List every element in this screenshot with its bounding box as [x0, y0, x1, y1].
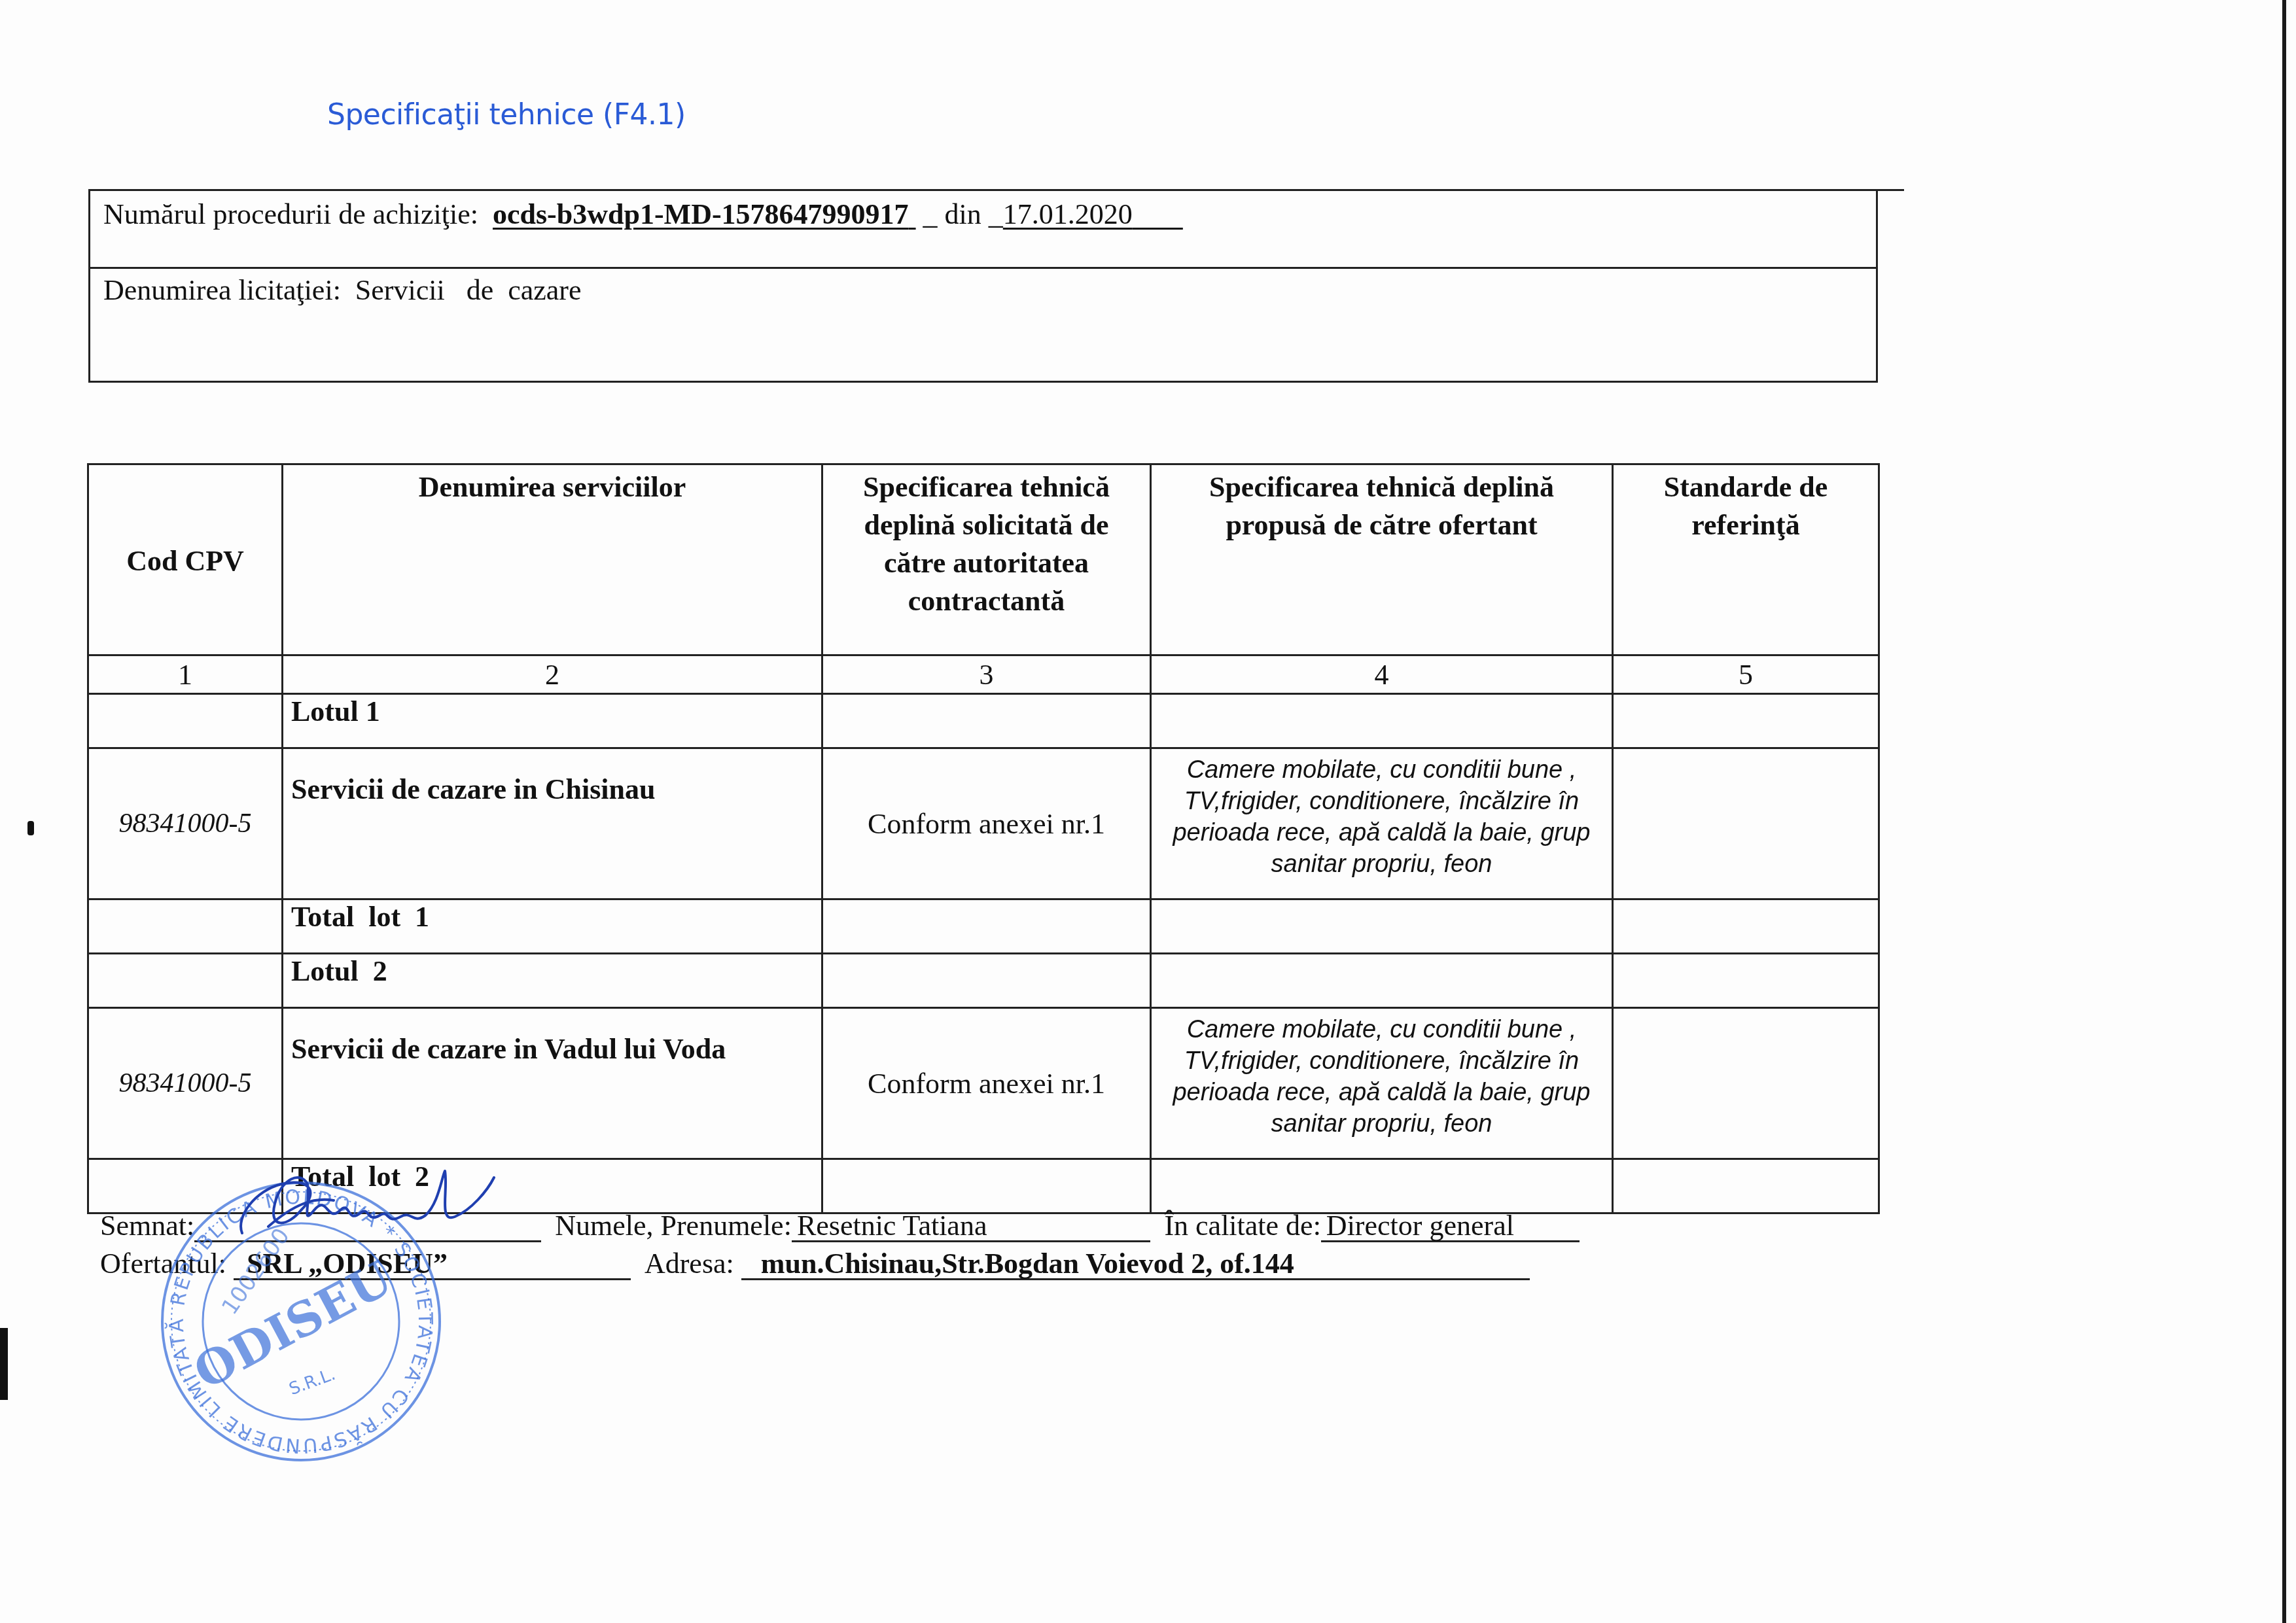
scan-speck [0, 1328, 8, 1400]
standards-cell [1613, 694, 1879, 748]
column-number: 2 [283, 655, 822, 694]
proposed-spec-cell [1151, 954, 1613, 1008]
proposed-spec-cell [1151, 899, 1613, 954]
standards-cell [1613, 1159, 1879, 1213]
proposed-spec-cell: Camere mobilate, cu conditii bune , TV,f… [1151, 1008, 1613, 1159]
svg-text:S.R.L.: S.R.L. [287, 1365, 338, 1399]
column-number: 1 [88, 655, 283, 694]
tender-label: Denumirea licitaţiei: [103, 274, 341, 306]
signature-icon [229, 1164, 504, 1249]
standards-cell [1613, 954, 1879, 1008]
procedure-number-label: Numărul procedurii de achiziţie: [103, 198, 478, 230]
required-spec-cell [822, 694, 1151, 748]
standards-cell [1613, 899, 1879, 954]
column-number: 3 [822, 655, 1151, 694]
box-divider [90, 267, 1876, 269]
table-row-total-lot-1: Total lot 1 [88, 899, 1879, 954]
standards-cell [1613, 1008, 1879, 1159]
tender-name-line: Denumirea licitaţiei: Servicii de cazare [103, 273, 582, 307]
document-title: Specificaţii tehnice (F4.1) [327, 98, 686, 131]
column-number: 4 [1151, 655, 1613, 694]
address-label: Adresa: [645, 1248, 734, 1280]
table-row-lot-1: Lotul 1 [88, 694, 1879, 748]
name-value: Resetnic Tatiana [792, 1212, 987, 1242]
header-spec-propusa: Specificarea tehnică deplină propusă de … [1151, 464, 1613, 655]
required-spec-cell [822, 1159, 1151, 1213]
header-denumirea-serviciilor: Denumirea serviciilor [283, 464, 822, 655]
procedure-number-line: Numărul procedurii de achiziţie: ocds-b3… [103, 198, 1183, 231]
capacity-label: În calitate de: [1164, 1210, 1320, 1242]
table-row-item: 98341000-5 Servicii de cazare in Chisina… [88, 748, 1879, 899]
service-name-cell: Lotul 2 [283, 954, 822, 1008]
required-spec-cell [822, 899, 1151, 954]
cpv-cell [88, 954, 283, 1008]
standards-cell [1613, 748, 1879, 899]
cpv-cell: 98341000-5 [88, 748, 283, 899]
proposed-spec-cell [1151, 694, 1613, 748]
column-number-row: 1 2 3 4 5 [88, 655, 1879, 694]
header-cod-cpv: Cod CPV [88, 464, 283, 655]
service-name-cell: Servicii de cazare in Chisinau [283, 748, 822, 899]
capacity-value: Director general [1321, 1212, 1514, 1242]
header-spec-solicitata: Specificarea tehnică deplină solicitată … [822, 464, 1151, 655]
proposed-spec-cell: Camere mobilate, cu conditii bune , TV,f… [1151, 748, 1613, 899]
scan-speck [27, 821, 34, 835]
address-value: mun.Chisinau,Str.Bogdan Voievod 2, of.14… [741, 1249, 1294, 1280]
procedure-number-value: ocds-b3wdp1-MD-1578647990917 [493, 198, 909, 230]
proposed-spec-cell [1151, 1159, 1613, 1213]
service-name-cell: Servicii de cazare in Vadul lui Voda [283, 1008, 822, 1159]
specifications-table: Cod CPV Denumirea serviciilor Specificar… [87, 463, 1880, 1214]
tender-value: Servicii de cazare [355, 274, 582, 306]
required-spec-cell [822, 954, 1151, 1008]
procedure-date-label: din [945, 198, 981, 230]
service-name-cell: Total lot 1 [283, 899, 822, 954]
cpv-cell [88, 899, 283, 954]
cpv-cell: 98341000-5 [88, 1008, 283, 1159]
scan-edge [2282, 0, 2286, 1623]
table-row-item: 98341000-5 Servicii de cazare in Vadul l… [88, 1008, 1879, 1159]
svg-text:ODISEU: ODISEU [185, 1250, 400, 1400]
required-spec-cell: Conform anexei nr.1 [822, 1008, 1151, 1159]
procedure-info-box: Numărul procedurii de achiziţie: ocds-b3… [88, 190, 1878, 383]
service-name-cell: Lotul 1 [283, 694, 822, 748]
column-number: 5 [1613, 655, 1879, 694]
header-standarde: Standarde de referinţă [1613, 464, 1879, 655]
required-spec-cell: Conform anexei nr.1 [822, 748, 1151, 899]
table-row-lot-2: Lotul 2 [88, 954, 1879, 1008]
name-label: Numele, Prenumele: [555, 1210, 792, 1242]
procedure-date-value: 17.01.2020 [1003, 198, 1133, 230]
cpv-cell [88, 694, 283, 748]
table-header-row: Cod CPV Denumirea serviciilor Specificar… [88, 464, 1879, 655]
